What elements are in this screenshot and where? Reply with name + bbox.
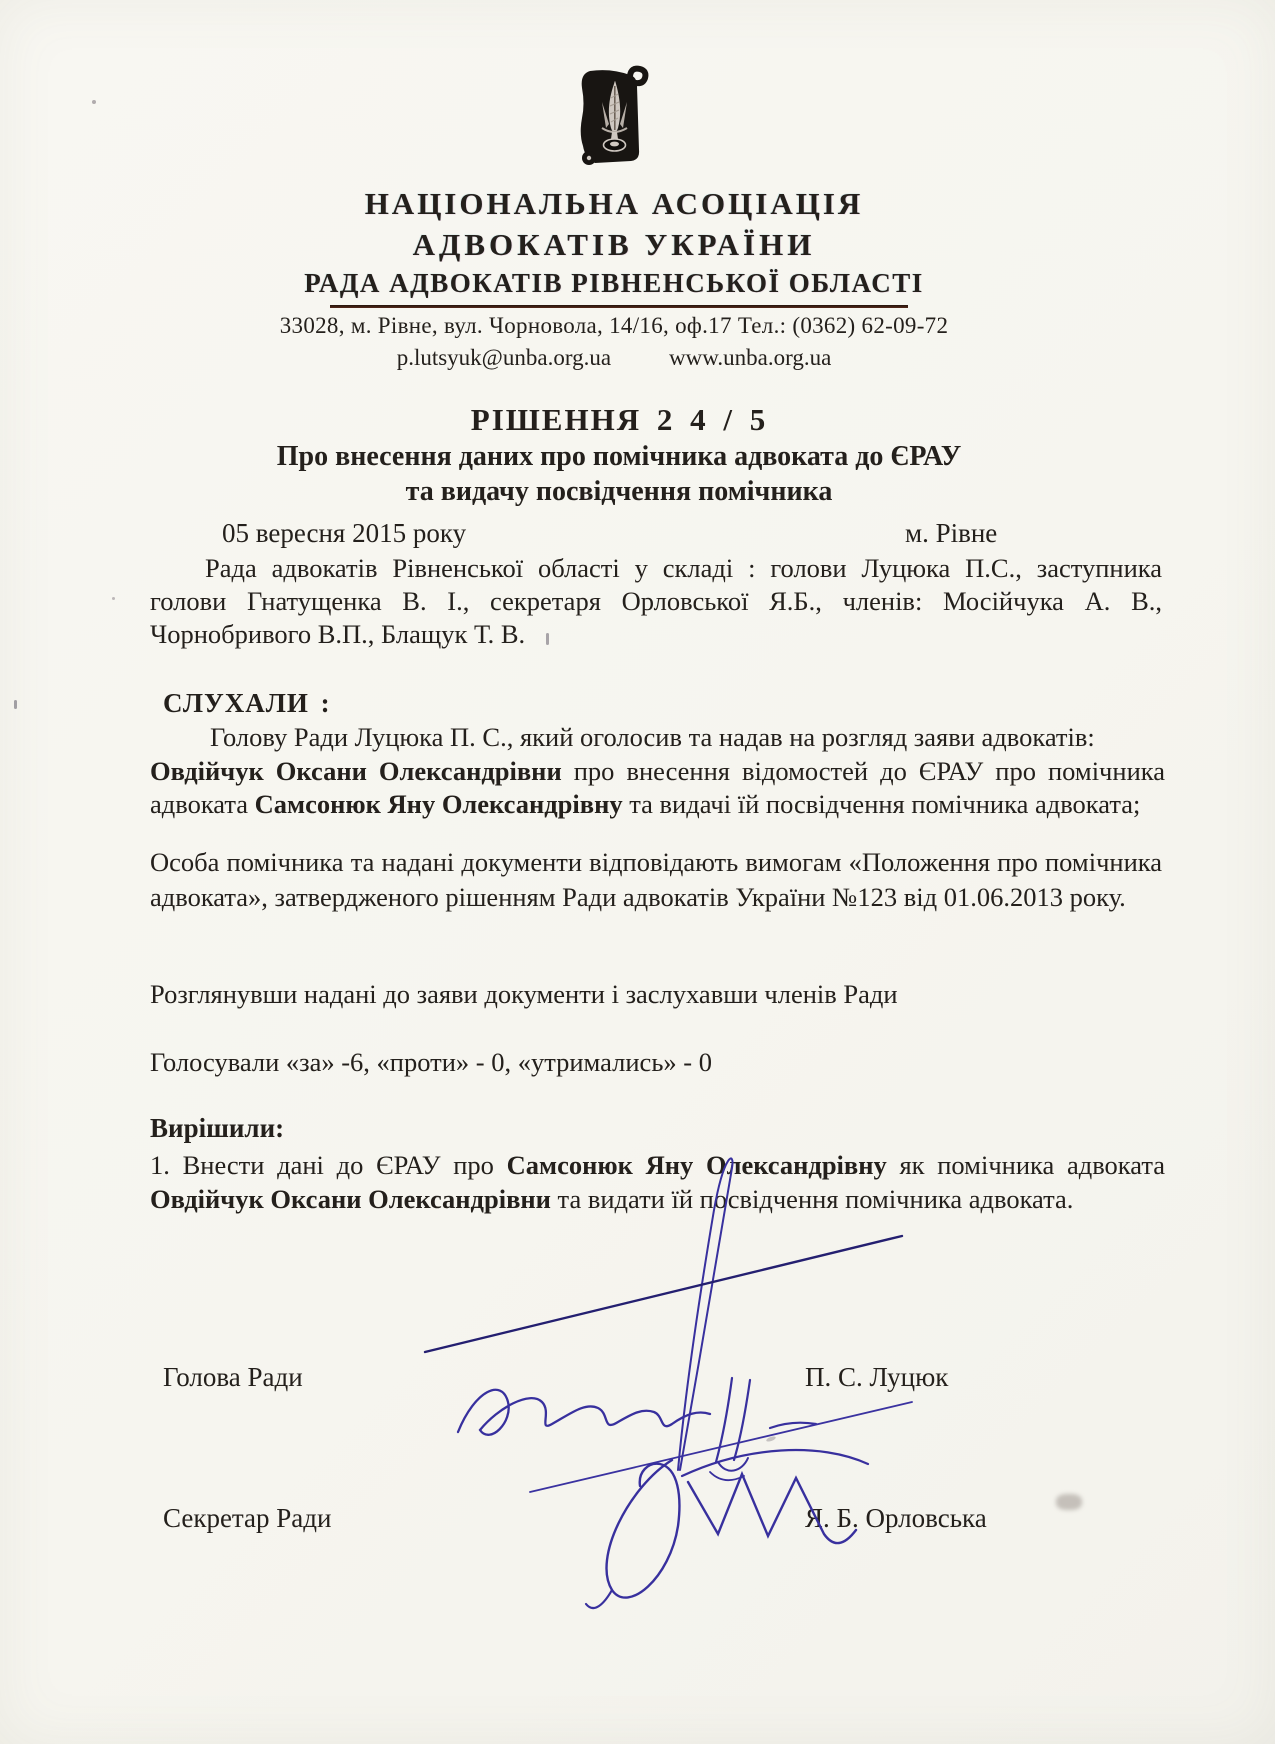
decision-subject-line2: та видачу посвідчення помічника bbox=[0, 476, 1238, 508]
compliance-paragraph: Особа помічника та надані документи відп… bbox=[150, 845, 1162, 915]
org-name-line3: РАДА АДВОКАТІВ РІВНЕНСЬКОЇ ОБЛАСТІ bbox=[0, 268, 1228, 299]
chairman-role-label: Голова Ради bbox=[163, 1362, 303, 1393]
scan-speck bbox=[112, 597, 115, 600]
decision-subject-line1: Про внесення даних про помічника адвокат… bbox=[0, 441, 1238, 473]
resolved-intro-text: 1. Внести дані до ЄРАУ про bbox=[150, 1150, 507, 1180]
org-website: www.unba.org.ua bbox=[669, 345, 831, 371]
assistant-name: Самсонюк Яну Олександрівну bbox=[255, 789, 623, 819]
resolved-section-heading: Вирішили: bbox=[150, 1113, 284, 1144]
considered-line: Розглянувши надані до заяви документи і … bbox=[150, 978, 1170, 1011]
resolved-tail-text: та видати їй посвідчення помічника адвок… bbox=[551, 1184, 1073, 1214]
decision-place: м. Рівне bbox=[905, 518, 997, 549]
scan-speck bbox=[766, 1435, 777, 1442]
scan-speck bbox=[546, 633, 549, 645]
chairman-name: П. С. Луцюк bbox=[805, 1362, 948, 1393]
resolved-middle-text: як помічника адвоката bbox=[887, 1150, 1165, 1180]
secretary-role-label: Секретар Ради bbox=[163, 1503, 331, 1534]
heard-intro-line: Голову Ради Луцюка П. С., який оголосив … bbox=[150, 722, 1165, 753]
scan-speck bbox=[14, 700, 17, 709]
assistant-name: Самсонюк Яну Олександрівну bbox=[507, 1150, 887, 1180]
advocate-name: Овдійчук Оксани Олександрівни bbox=[150, 1184, 551, 1214]
scan-speck bbox=[92, 100, 96, 104]
heard-tail-text: та видачі їй посвідчення помічника адвок… bbox=[623, 789, 1141, 819]
org-contact-row: p.lutsyuk@unba.org.ua www.unba.org.ua bbox=[0, 345, 1228, 371]
decision-title: РІШЕННЯ 2 4 / 5 bbox=[0, 402, 1238, 438]
org-address-phone: 33028, м. Рівне, вул. Чорновола, 14/16, … bbox=[0, 313, 1228, 339]
secretary-name: Я. Б. Орловська bbox=[805, 1503, 987, 1534]
header-divider-rule bbox=[330, 305, 908, 308]
decision-date: 05 вересня 2015 року bbox=[222, 518, 466, 549]
council-composition-paragraph: Рада адвокатів Рівненської області у скл… bbox=[150, 552, 1162, 651]
scroll-quill-trident-emblem-icon bbox=[573, 64, 657, 172]
heard-section-heading: СЛУХАЛИ : bbox=[163, 688, 331, 719]
org-name-line1: НАЦІОНАЛЬНА АСОЦІАЦІЯ bbox=[0, 186, 1228, 222]
heard-paragraph: Овдійчук Оксани Олександрівни про внесен… bbox=[150, 755, 1165, 821]
advocate-name: Овдійчук Оксани Олександрівни bbox=[150, 756, 562, 786]
scan-smudge bbox=[1056, 1494, 1082, 1510]
scanned-document-page: НАЦІОНАЛЬНА АСОЦІАЦІЯ АДВОКАТІВ УКРАЇНИ … bbox=[0, 0, 1275, 1744]
resolved-paragraph: 1. Внести дані до ЄРАУ про Самсонюк Яну … bbox=[150, 1148, 1165, 1216]
org-name-line2: АДВОКАТІВ УКРАЇНИ bbox=[0, 227, 1228, 263]
org-email: p.lutsyuk@unba.org.ua bbox=[397, 345, 611, 371]
voting-results-line: Голосували «за» -6, «проти» - 0, «утрима… bbox=[150, 1046, 1170, 1079]
